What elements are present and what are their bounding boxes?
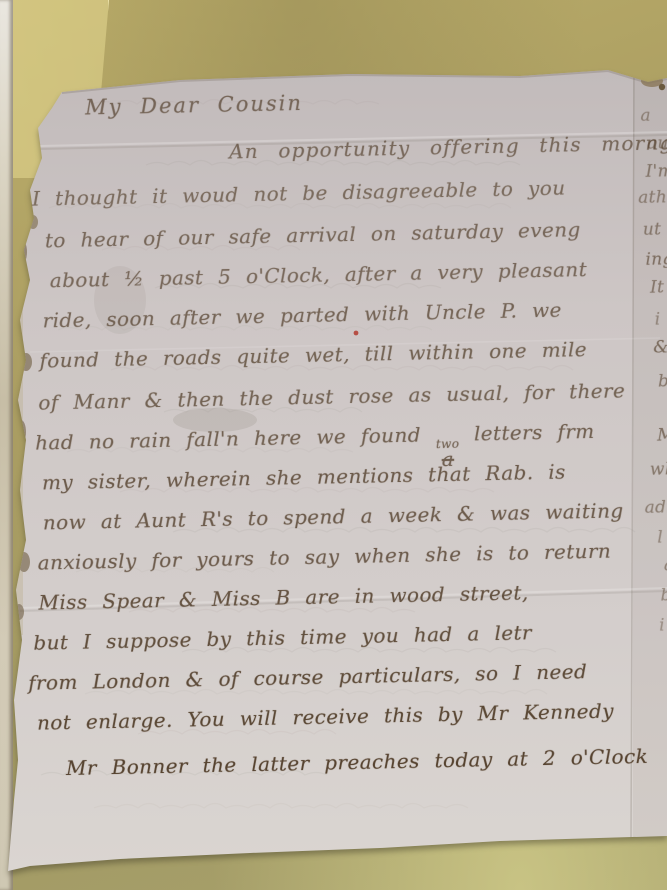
letter-line: found the roads quite wet, till within o…: [39, 337, 587, 372]
salutation: My Dear Cousin: [85, 91, 303, 120]
edge-fragment: i: [659, 615, 665, 635]
edge-fragment: athe: [638, 187, 667, 208]
letter-line: about ½ past 5 o'Clock, after a very ple…: [50, 257, 588, 292]
letter-body: An opportunity offering this morngI thou…: [0, 0, 665, 1]
edge-fragment: ading: [644, 497, 667, 518]
edge-fragment: It: [650, 277, 665, 297]
letter-text-layer: My Dear Cousin An opportunity offering t…: [0, 0, 667, 890]
edge-fragment: I'm: [645, 161, 667, 182]
edge-fragment: be: [660, 585, 667, 605]
letter-line: to hear of our safe arrival on saturday …: [45, 217, 581, 252]
letter-line: anxiously for yours to say when she is t…: [37, 539, 611, 575]
letter-line: ride, soon after we parted with Uncle P.…: [42, 298, 562, 333]
edge-fragment: by: [658, 371, 667, 391]
edge-fragment: &: [653, 337, 667, 357]
letter-line: but I suppose by this time you had a let…: [33, 620, 532, 654]
edge-fragment: l: [657, 527, 663, 547]
edge-fragment: a: [640, 106, 651, 126]
edge-fragment: ing: [645, 249, 667, 270]
letter-line: from London & of course particulars, so …: [28, 659, 587, 695]
letter-line: now at Aunt R's to spend a week & was wa…: [43, 498, 624, 534]
letter-line: of Manr & then the dust rose as usual, f…: [38, 378, 625, 414]
letter-line: Miss Spear & Miss B are in wood street,: [38, 580, 529, 614]
letter-line: Mr Bonner the latter preaches today at 2…: [66, 744, 649, 780]
letter-line: not enlarge. You will receive this by Mr…: [37, 699, 614, 735]
edge-fragment: Mr: [657, 425, 667, 446]
letter-line: An opportunity offering this morng: [229, 130, 667, 163]
edge-fragments: aaugI'matheutingIti&byMrwhadinglasbein: [0, 0, 665, 1]
edge-fragment: ut: [643, 219, 662, 239]
letter-line: I thought it woud not be disagreeable to…: [32, 175, 566, 210]
edge-fragment: wh: [650, 459, 667, 480]
edge-fragment: i: [655, 309, 661, 329]
letter-photo: My Dear Cousin An opportunity offering t…: [0, 0, 667, 890]
edge-fragment: aug: [647, 133, 667, 154]
